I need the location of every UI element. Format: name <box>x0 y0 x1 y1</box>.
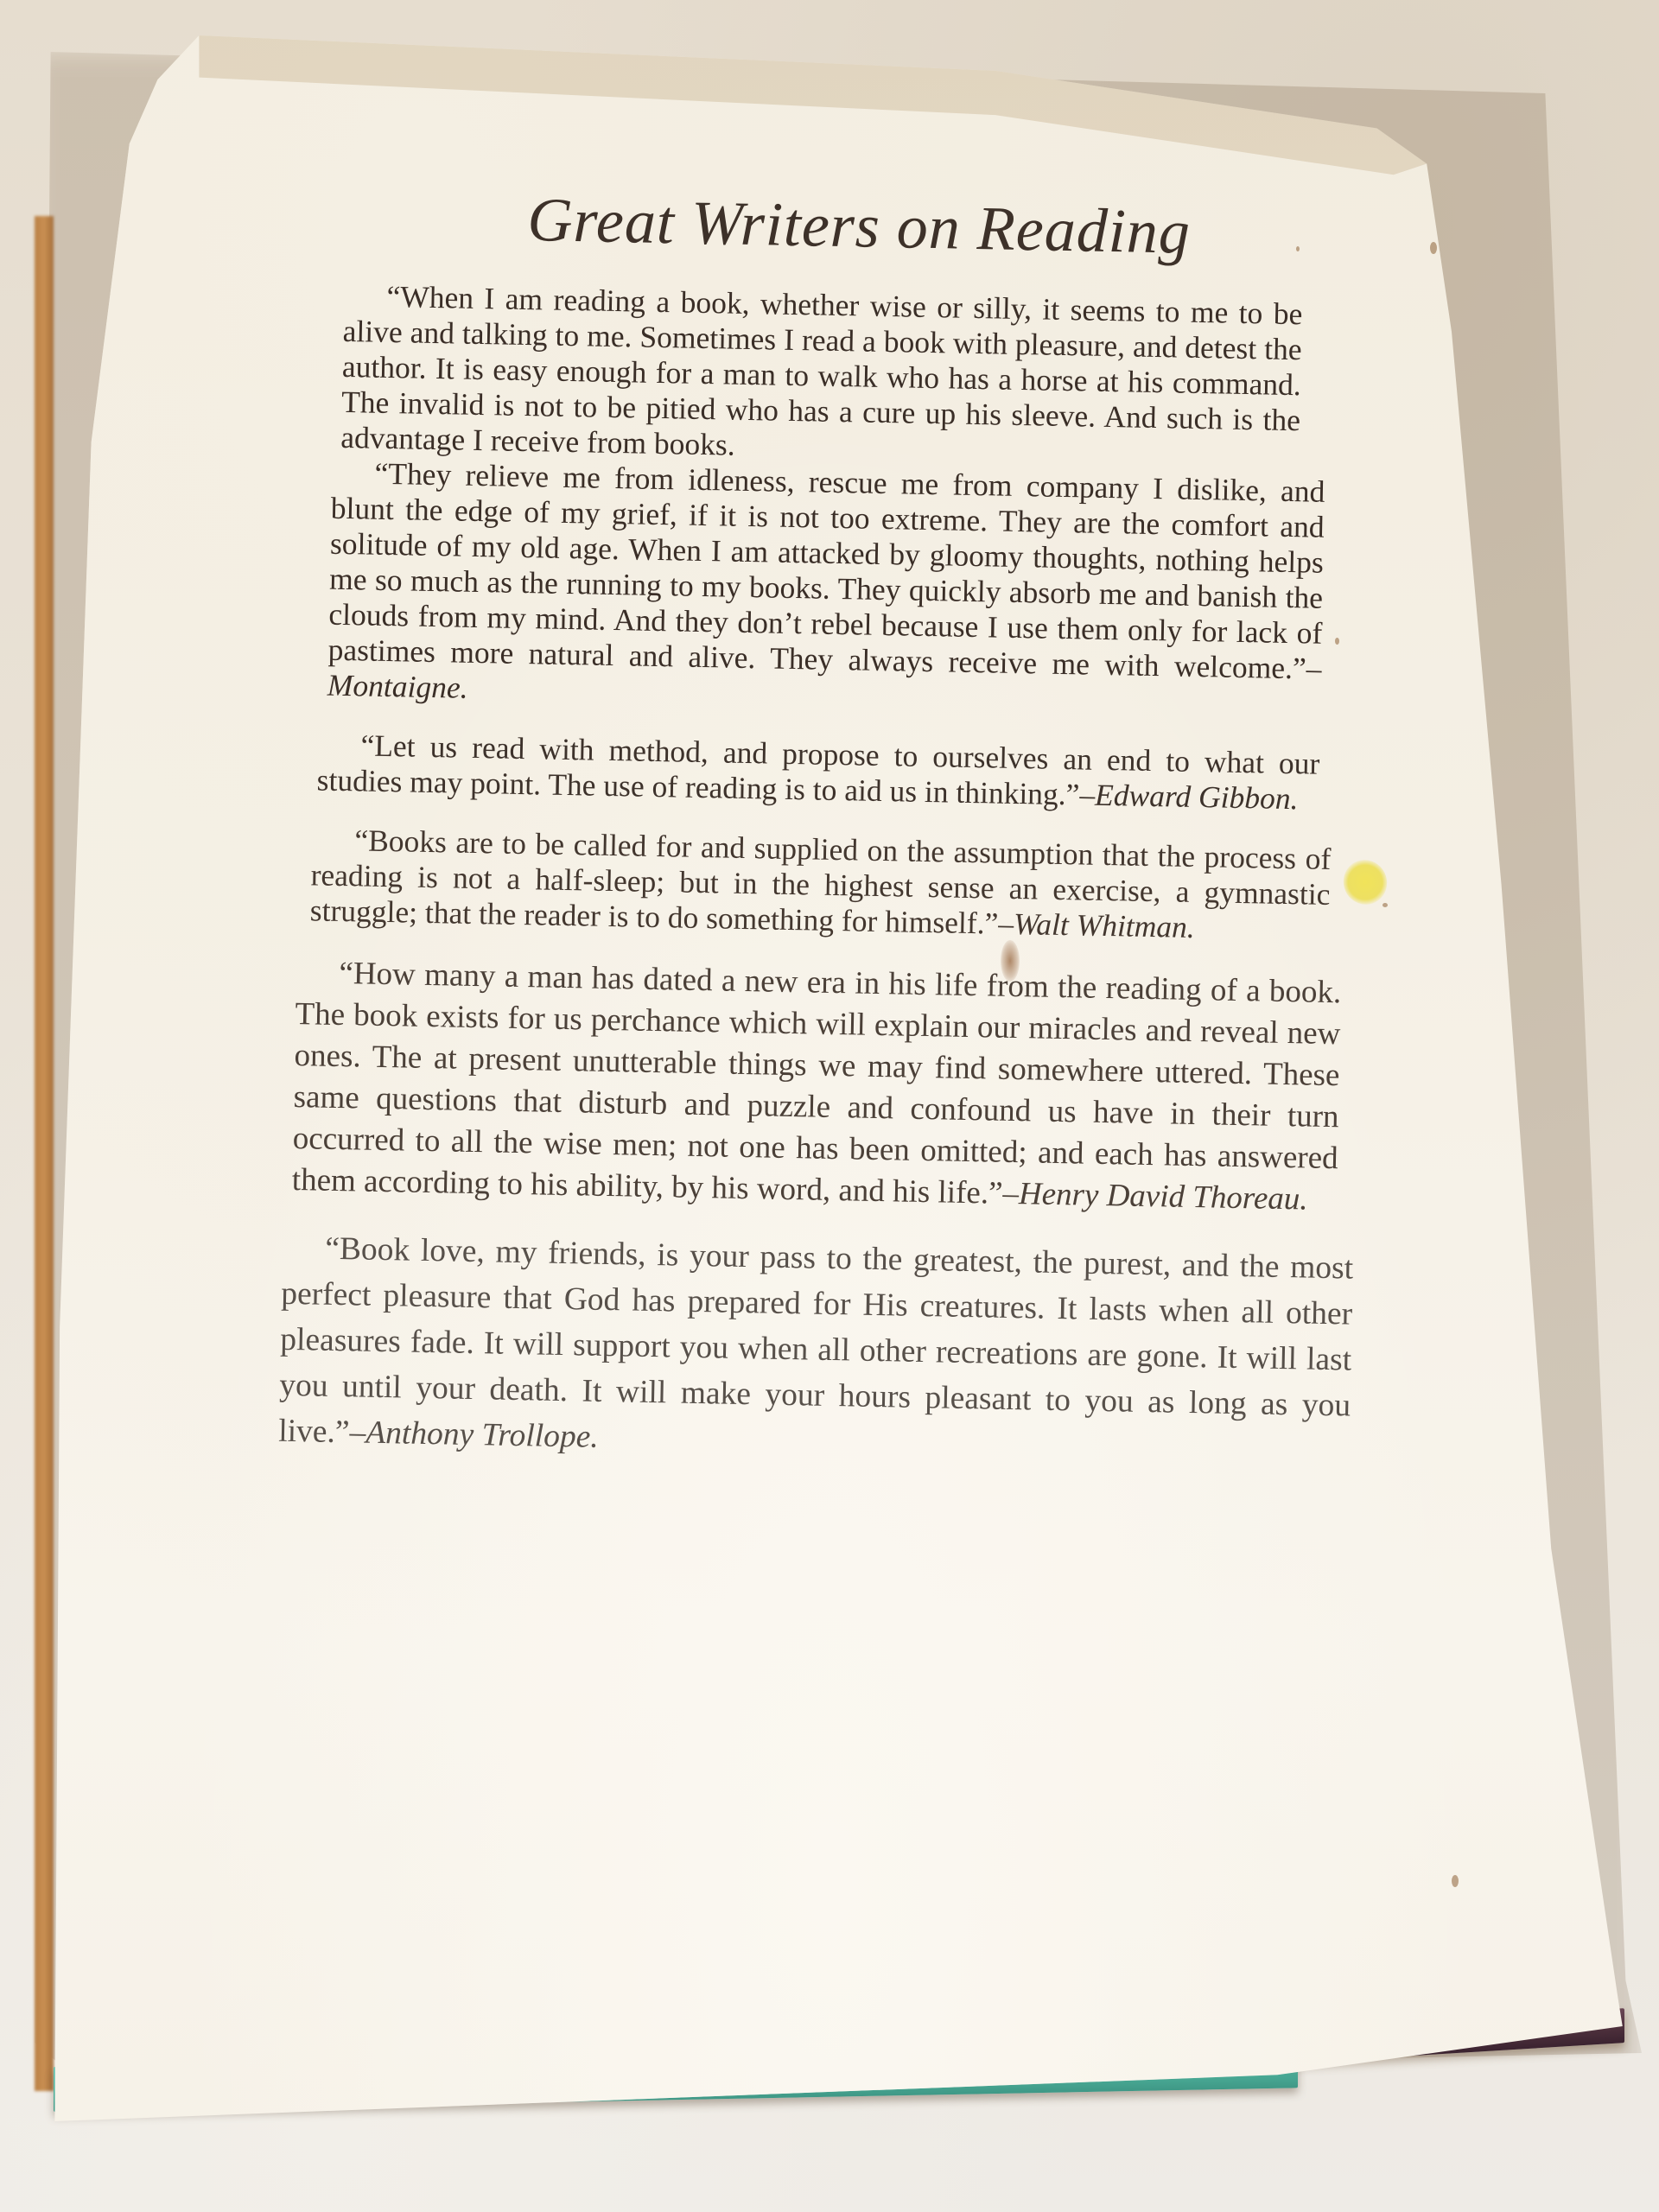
speck <box>1452 1875 1459 1887</box>
quote-author: Walt Whitman. <box>1014 906 1195 944</box>
quote-author: Edward Gibbon. <box>1095 778 1299 817</box>
quote-author: Henry David Thoreau. <box>1019 1176 1308 1217</box>
quote-gibbon: “Let us read with method, and propose to… <box>316 727 1319 817</box>
speck <box>1382 903 1388 907</box>
quote-montaigne-part1: “When I am reading a book, whether wise … <box>340 278 1303 474</box>
quote-montaigne-part2: “They relieve me from idleness, rescue m… <box>327 455 1325 722</box>
quote-author: Montaigne. <box>327 668 468 705</box>
jacket-text: Great Writers on Reading “When I am read… <box>287 180 1374 1474</box>
quote-text: “When I am reading a book, whether wise … <box>340 279 1303 462</box>
quote-text: “How many a man has dated a new era in h… <box>291 956 1341 1211</box>
jacket-left-edge <box>35 216 54 2091</box>
attribution-dash: – <box>1002 1176 1019 1211</box>
quote-author: Anthony Trollope. <box>365 1415 599 1455</box>
attribution-dash: – <box>998 906 1014 941</box>
attribution-dash: – <box>1079 777 1096 811</box>
quote-thoreau: “How many a man has dated a new era in h… <box>291 952 1341 1221</box>
photo-scene: Great Writers on Reading “When I am read… <box>0 0 1659 2212</box>
quote-text: “They relieve me from idleness, rescue m… <box>327 456 1325 686</box>
quote-whitman: “Books are to be called for and supplied… <box>309 822 1331 948</box>
attribution-dash: – <box>349 1414 366 1450</box>
attribution-dash: – <box>1306 651 1322 685</box>
quote-trollope: “Book love, my friends, is your pass to … <box>278 1225 1354 1475</box>
speck <box>1430 242 1437 254</box>
